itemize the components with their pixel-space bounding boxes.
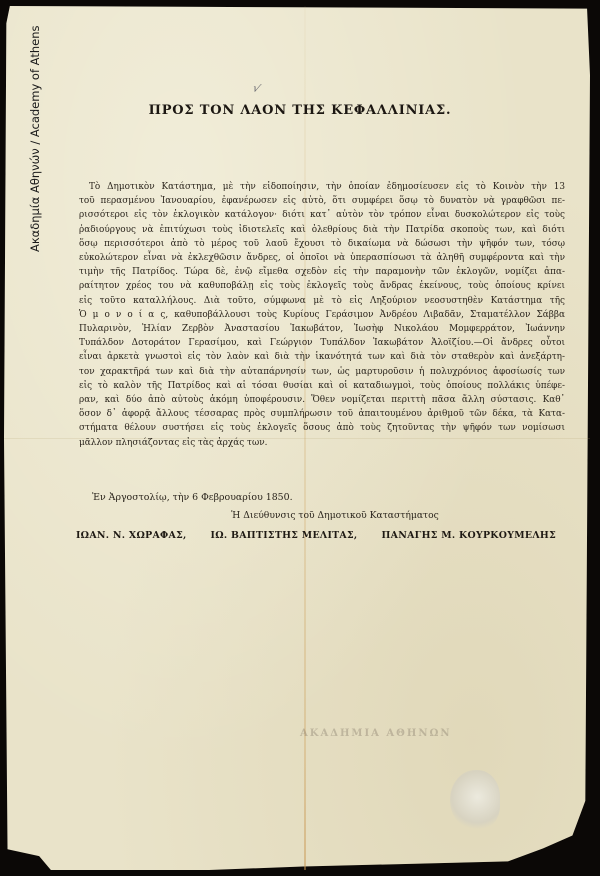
- signatories: ΙΩΑΝ. Ν. ΧΩΡΑΦΑΣ, ΙΩ. ΒΑΠΤΙΣΤΗΣ ΜΕΛΙΤΑΣ,…: [76, 530, 556, 541]
- body-line: ῥαδιούργους νὰ ἐπιτύχωσι τοὺς ἰδιοτελεῖς…: [79, 223, 565, 237]
- academy-watermark: Ακαδημία Αθηνών / Academy of Athens: [28, 26, 42, 252]
- body-line: τον χαρακτῆρά των καὶ διὰ τὴν αὐταπάρνησ…: [79, 365, 565, 379]
- embossed-seal-icon: [450, 770, 500, 830]
- body-line: εὐκολώτερον εἶναι νὰ ἐκλεχθῶσιν ἄνδρες, …: [79, 251, 565, 265]
- body-line: Τὸ Δημοτικὸν Κατάστημα, μὲ τὴν εἰδοποίησ…: [79, 180, 565, 194]
- signatory: ΠΑΝΑΓΗΣ Μ. ΚΟΥΡΚΟΥΜΕΛΗΣ: [381, 530, 556, 541]
- date-line: Ἐν Ἀργοστολίῳ, τὴν 6 Φεβρουαρίου 1850.: [92, 492, 293, 503]
- signatory: ΙΩ. ΒΑΠΤΙΣΤΗΣ ΜΕΛΙΤΑΣ,: [211, 530, 358, 541]
- body-line: Ὁ μ ο ν ο ί α ς, καθυποβάλλουσι τοὺς Κυρ…: [79, 308, 565, 322]
- body-line: ραν, καὶ δύο ἀπὸ αὐτοὺς ἀκόμη ὑποφέρουσι…: [79, 393, 565, 407]
- body-line: μᾶλλον πλησιάζοντας εἰς τὰς ἀρχάς των.: [79, 436, 565, 450]
- body-line: ὅσῳ περισσότεροι ἀπὸ τὸ μέρος τοῦ λαοῦ ἔ…: [79, 237, 565, 251]
- faint-stamp-text: ΑΚΑΔΗΜΙΑ ΑΘΗΝΩΝ: [300, 728, 452, 739]
- document-title: ΠΡΟΣ ΤΟΝ ΛΑΟΝ ΤΗΣ ΚΕΦΑΛΛΙΝΙΑΣ.: [0, 103, 600, 118]
- body-line: στήματα θέλουν συστήσει εἰς τοὺς ἐκλογεῖ…: [79, 421, 565, 435]
- body-line: ὅσον δ᾽ ἀφορᾷ ἄλλους τέσσαρας πρὸς συμπλ…: [79, 407, 565, 421]
- signed-by-line: Ἡ Διεύθυνσις τοῦ Δημοτικοῦ Καταστήματος: [0, 510, 600, 521]
- body-line: εἶναι ἀρκετὰ γνωστοὶ εἰς τὸν λαὸν καὶ δι…: [79, 350, 565, 364]
- body-line: εἰς τὸ καλὸν τῆς Πατρίδος καὶ αἱ τόσαι θ…: [79, 379, 565, 393]
- body-line: εἰς τοῦτο καταλλήλους. Διὰ τοῦτο, σύμφων…: [79, 294, 565, 308]
- proclamation-body: Τὸ Δημοτικὸν Κατάστημα, μὲ τὴν εἰδοποίησ…: [79, 180, 565, 450]
- body-line: ρισσότεροι εἰς τὸν ἐκλογικὸν κατάλογον· …: [79, 208, 565, 222]
- body-line: τοῦ περασμένου Ἰανουαρίου, ἐφανέρωσεν εἰ…: [79, 194, 565, 208]
- body-line: Τυπάλδον Δοτοράτον Γερασίμου, καὶ Γεώργι…: [79, 336, 565, 350]
- body-line: ραίτητον χρέος του νὰ καθυποβάλῃ εἰς τοὺ…: [79, 279, 565, 293]
- body-line: Πυλαρινὸν, Ἠλίαν Ζερβὸν Ἀναστασίου Ἰακωβ…: [79, 322, 565, 336]
- signatory: ΙΩΑΝ. Ν. ΧΩΡΑΦΑΣ,: [76, 530, 187, 541]
- body-line: τιμὴν τῆς Πατρίδος. Τώρα δὲ, ἐνῷ εἴμεθα …: [79, 265, 565, 279]
